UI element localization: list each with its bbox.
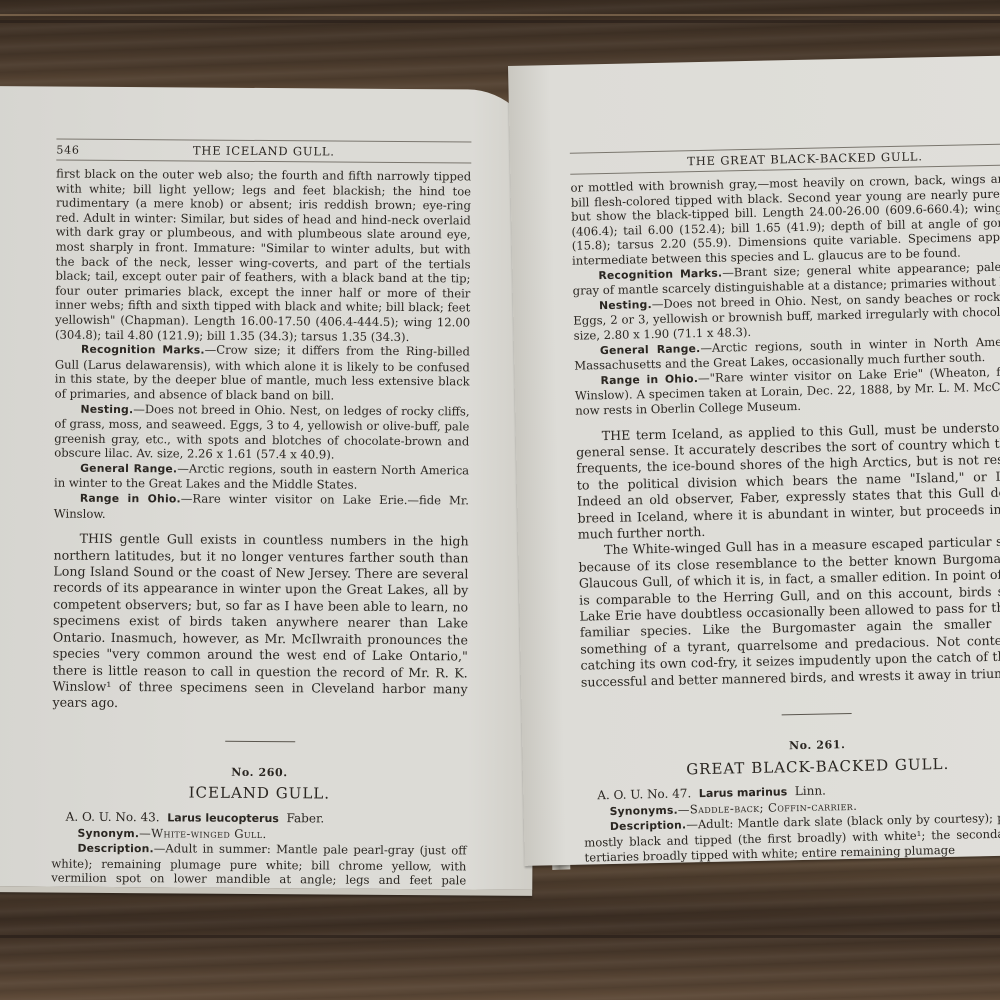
scientific-name: Larus leucopterus bbox=[167, 811, 279, 825]
right-page-content: THE GREAT BLACK-BACKED GULL. 547 or mott… bbox=[570, 143, 1000, 866]
recognition-marks-label: Recognition Marks. bbox=[81, 343, 205, 357]
range-in-ohio-label: Range in Ohio. bbox=[80, 492, 181, 506]
species-number: No. 260. bbox=[52, 764, 467, 781]
body-paragraph-2: The White-winged Gull has in a measure e… bbox=[578, 533, 1000, 690]
species-common-name: GREAT BLACK-BACKED GULL. bbox=[583, 754, 1000, 778]
running-head-title: THE GREAT BLACK-BACKED GULL. bbox=[570, 147, 1000, 171]
continued-description: or mottled with brownish gray,—most heav… bbox=[570, 171, 1000, 268]
range-in-ohio: Range in Ohio.—Rare winter visitor on La… bbox=[54, 491, 469, 524]
body-paragraph-1: THE term Iceland, as applied to this Gul… bbox=[576, 418, 1000, 543]
running-head: 546 THE ICELAND GULL. bbox=[56, 139, 471, 164]
range-in-ohio: Range in Ohio.—"Rare winter visitor on L… bbox=[574, 364, 1000, 419]
wood-plank-seam bbox=[0, 20, 1000, 23]
nesting-label: Nesting. bbox=[81, 402, 134, 415]
running-head: THE GREAT BLACK-BACKED GULL. 547 bbox=[570, 143, 1000, 175]
authority: Linn. bbox=[795, 784, 826, 799]
footnote: 1 There exists in each of the outer prim… bbox=[585, 863, 1000, 866]
aou-number: A. O. U. No. 47. bbox=[597, 787, 691, 803]
body-paragraph: THIS gentle Gull exists in countless num… bbox=[52, 531, 468, 714]
recognition-marks: Recognition Marks.—Crow size; it differs… bbox=[55, 342, 470, 404]
continued-description: first black on the outer web also; the f… bbox=[55, 167, 471, 345]
wood-grain bbox=[0, 14, 1000, 16]
wood-plank-seam bbox=[0, 935, 1000, 938]
running-head-title: THE ICELAND GULL. bbox=[56, 143, 471, 160]
section-divider bbox=[782, 713, 852, 715]
scientific-name: Larus marinus bbox=[699, 786, 788, 801]
aou-number: A. O. U. No. 43. bbox=[66, 810, 160, 825]
left-page: 546 THE ICELAND GULL. first black on the… bbox=[0, 86, 538, 890]
general-range: General Range.—Arctic regions, south in … bbox=[54, 460, 469, 493]
nesting: Nesting.—Does not breed in Ohio. Nest, o… bbox=[54, 401, 469, 463]
section-divider bbox=[225, 740, 295, 741]
description: Description.—Adult: Mantle dark slate (b… bbox=[584, 810, 1000, 865]
right-page: THE GREAT BLACK-BACKED GULL. 547 or mott… bbox=[508, 55, 1000, 866]
left-page-content: 546 THE ICELAND GULL. first black on the… bbox=[51, 139, 472, 890]
species-common-name: ICELAND GULL. bbox=[52, 785, 467, 802]
description: Description.—Adult in summer: Mantle pal… bbox=[51, 841, 467, 890]
general-range-label: General Range. bbox=[80, 462, 177, 476]
authority: Faber. bbox=[286, 811, 324, 825]
